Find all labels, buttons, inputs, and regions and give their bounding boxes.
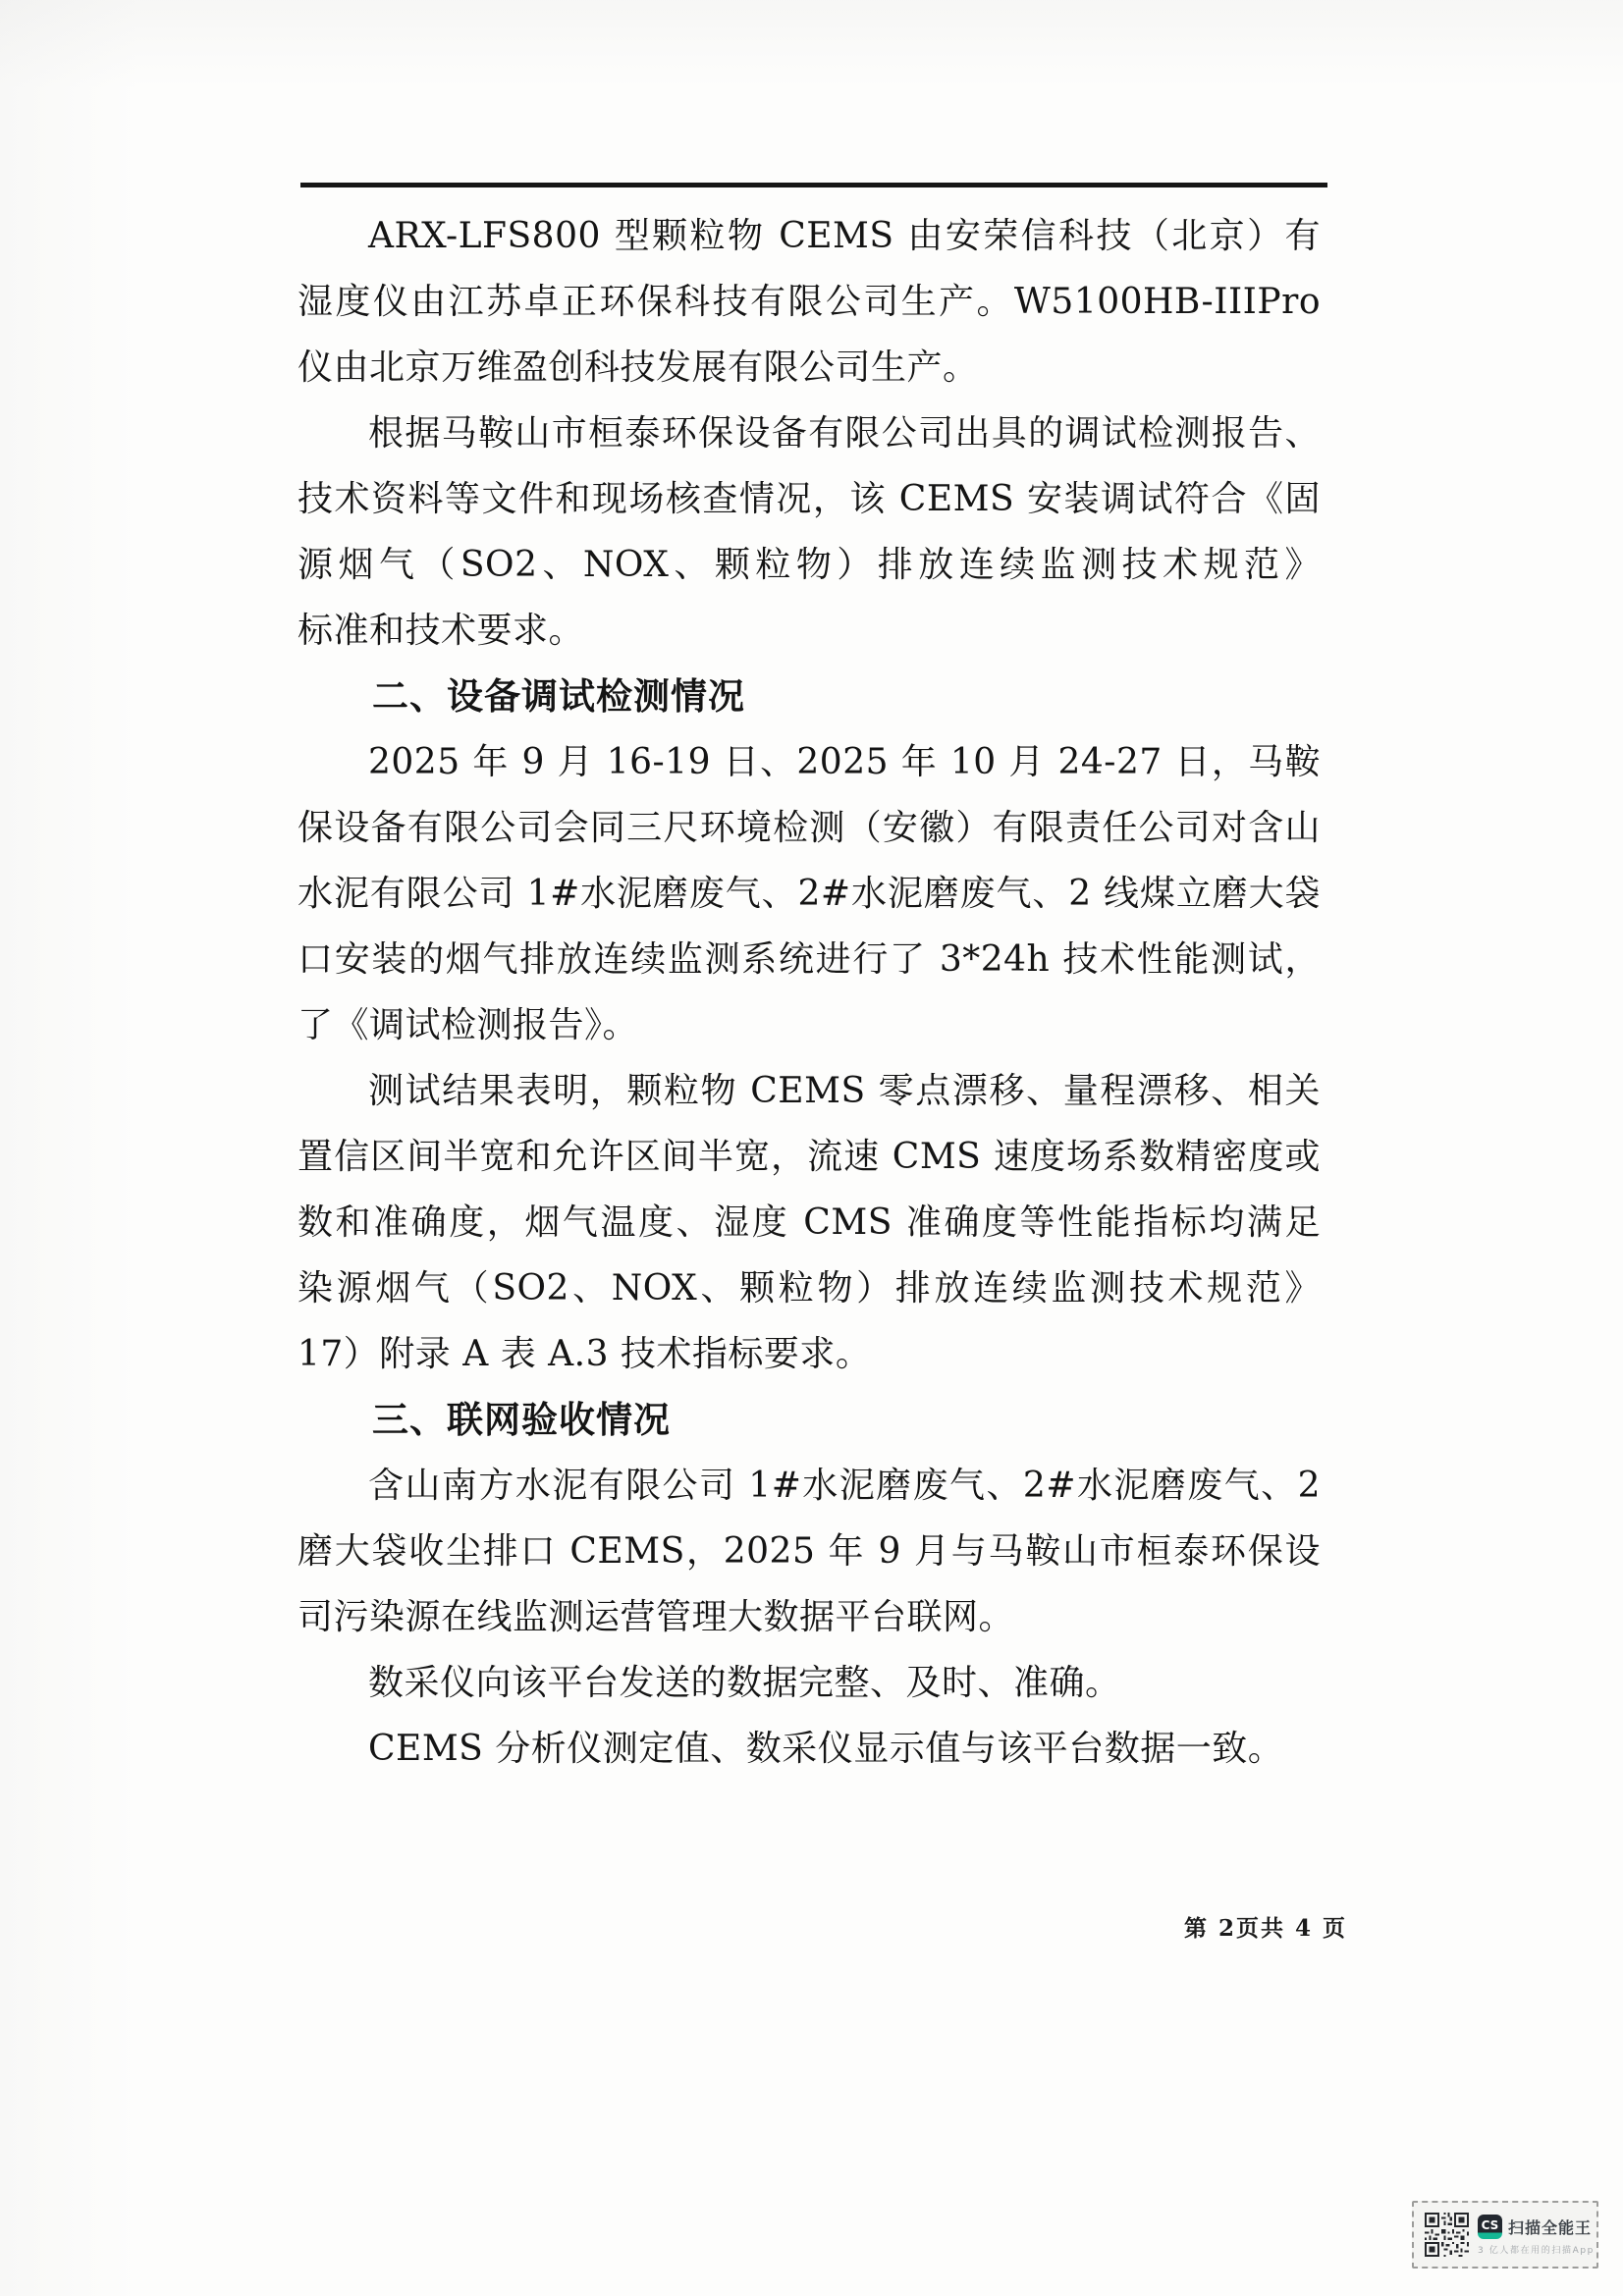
document-line: CEMS 分析仪测定值、数采仪显示值与该平台数据一致。 — [298, 1716, 1321, 1782]
document-line: 口安装的烟气排放连续监测系统进行了 3*24h 技术性能测试，并提交 — [298, 927, 1321, 992]
camscanner-watermark: CS 扫描全能王 3 亿人都在用的扫描App — [1412, 2201, 1598, 2269]
document-line: 源烟气（SO2、NOX、颗粒物）排放连续监测技术规范》（HJ75-2017） — [298, 532, 1321, 598]
document-line: 含山南方水泥有限公司 1#水泥磨废气、2#水泥磨废气、2 线煤立 — [298, 1453, 1321, 1519]
qr-code-icon — [1425, 2213, 1469, 2257]
document-line: 技术资料等文件和现场核查情况，该 CEMS 安装调试符合《固定污染 — [298, 466, 1321, 532]
document-line: 置信区间半宽和允许区间半宽，流速 CMS 速度场系数精密度或相关系 — [298, 1124, 1321, 1190]
camscanner-app-name: 扫描全能王 — [1508, 2216, 1592, 2238]
scan-noise-left — [0, 0, 137, 2296]
document-line: 标准和技术要求。 — [298, 598, 1321, 664]
page-number: 第 2页共 4 页 — [1184, 1912, 1347, 1946]
document-line: 测试结果表明，颗粒物 CEMS 零点漂移、量程漂移、相关系数、 — [298, 1058, 1321, 1124]
camscanner-app-icon: CS — [1478, 2215, 1502, 2239]
document-line: 湿度仪由江苏卓正环保科技有限公司生产。W5100HB-IIIPro 型数采 — [298, 269, 1321, 335]
document-line: 仪由北京万维盈创科技发展有限公司生产。 — [298, 335, 1321, 400]
scan-noise-top — [0, 0, 1623, 88]
scanned-document-page: ARX-LFS800 型颗粒物 CEMS 由安荣信科技（北京）有限公司生产。 湿… — [0, 0, 1623, 2296]
document-line: 数采仪向该平台发送的数据完整、及时、准确。 — [298, 1650, 1321, 1716]
document-line: 水泥有限公司 1#水泥磨废气、2#水泥磨废气、2 线煤立磨大袋收尘排 — [298, 861, 1321, 927]
document-line: 数和准确度，烟气温度、湿度 CMS 准确度等性能指标均满足《固定污 — [298, 1190, 1321, 1255]
watermark-text-block: CS 扫描全能王 3 亿人都在用的扫描App — [1478, 2215, 1595, 2256]
document-line: 根据马鞍山市桓泰环保设备有限公司出具的调试检测报告、设备 — [298, 400, 1321, 466]
document-line: 染源烟气（SO2、NOX、颗粒物）排放连续监测技术规范》（HJ75-20 — [298, 1255, 1321, 1321]
header-rule — [300, 183, 1327, 187]
section-heading-equipment-testing: 二、设备调试检测情况 — [298, 664, 1321, 729]
document-body: ARX-LFS800 型颗粒物 CEMS 由安荣信科技（北京）有限公司生产。 湿… — [298, 203, 1321, 1782]
document-line: 保设备有限公司会同三尺环境检测（安徽）有限责任公司对含山南方 — [298, 795, 1321, 861]
camscanner-tagline: 3 亿人都在用的扫描App — [1478, 2243, 1595, 2256]
document-line: 磨大袋收尘排口 CEMS，2025 年 9 月与马鞍山市桓泰环保设备有限公 — [298, 1519, 1321, 1584]
document-line: 了《调试检测报告》。 — [298, 992, 1321, 1058]
document-line: 17）附录 A 表 A.3 技术指标要求。 — [298, 1321, 1321, 1387]
document-line: ARX-LFS800 型颗粒物 CEMS 由安荣信科技（北京）有限公司生产。 — [298, 203, 1321, 269]
document-line: 司污染源在线监测运营管理大数据平台联网。 — [298, 1584, 1321, 1650]
document-line: 2025 年 9 月 16-19 日、2025 年 10 月 24-27 日，马… — [298, 729, 1321, 795]
section-heading-network-acceptance: 三、联网验收情况 — [298, 1387, 1321, 1453]
